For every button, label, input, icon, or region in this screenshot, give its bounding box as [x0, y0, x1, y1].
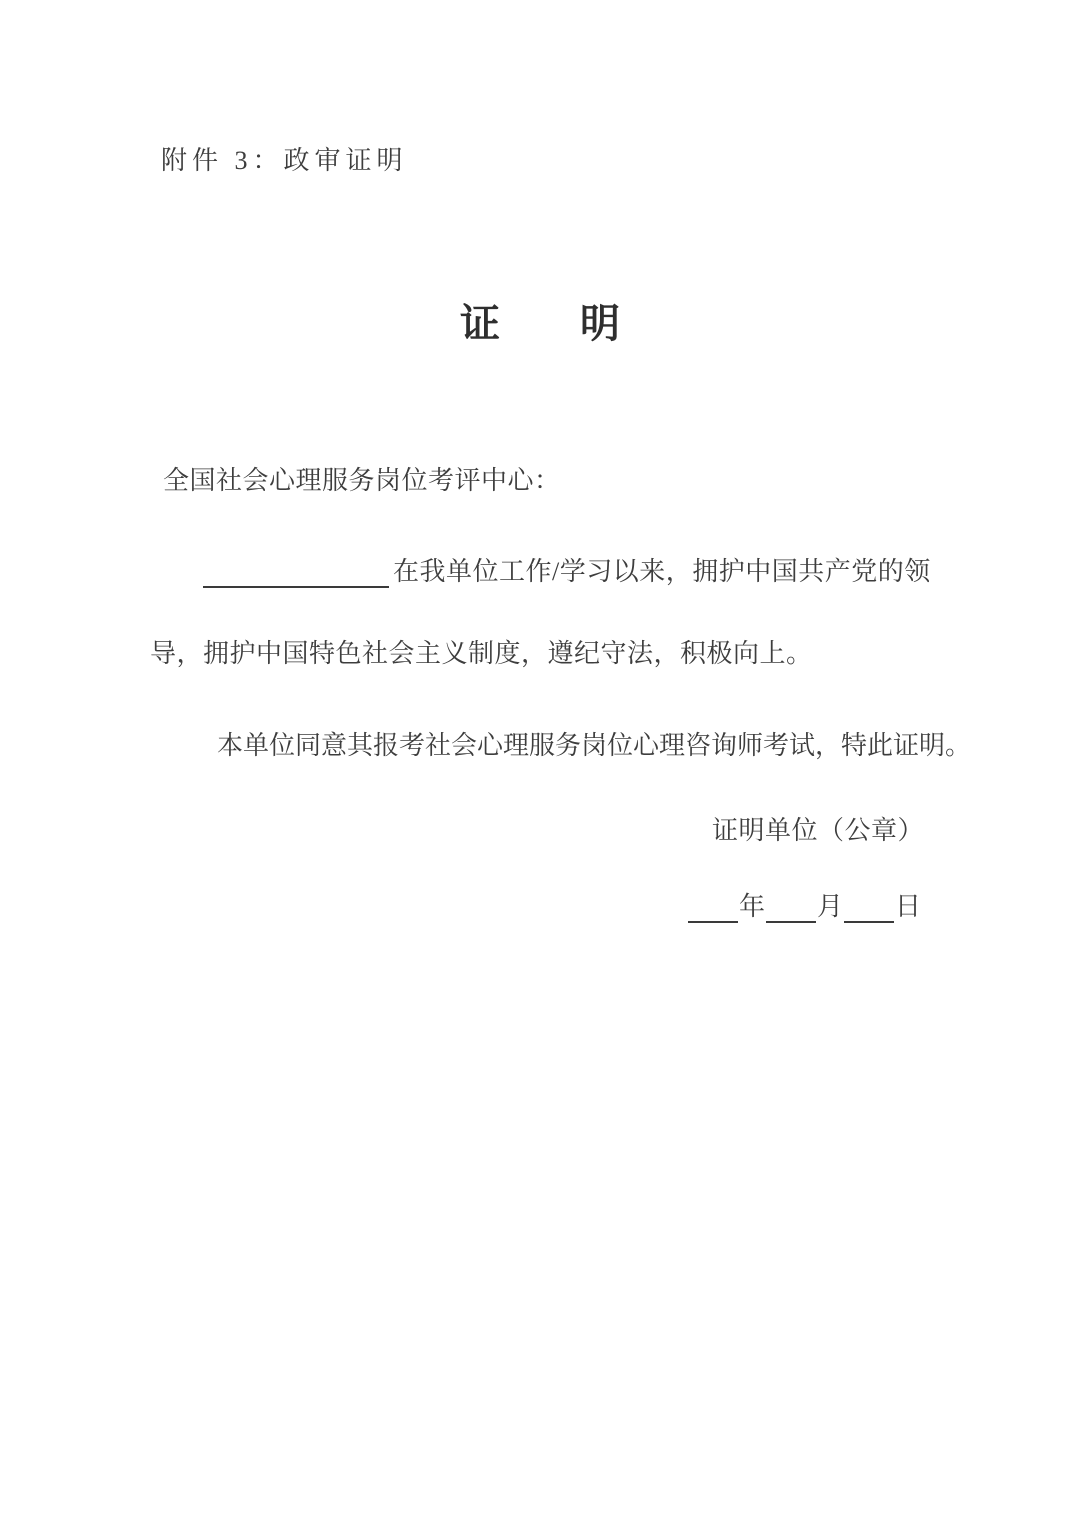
day-label: 日 [895, 892, 921, 921]
body-line-1: 在我单位工作/学习以来，拥护中国共产党的领 [203, 551, 931, 588]
salutation: 全国社会心理服务岗位考评中心： [163, 460, 561, 497]
document-title: 证 明 [0, 292, 1080, 349]
date-line: 年月日 [687, 886, 921, 923]
body-line-1-text: 在我单位工作/学习以来，拥护中国共产党的领 [393, 557, 931, 586]
month-label: 月 [817, 892, 843, 921]
day-blank-field [844, 891, 894, 923]
name-blank-field [203, 556, 389, 588]
body-paragraph-2: 本单位同意其报考社会心理服务岗位心理咨询师考试，特此证明。 [217, 725, 971, 762]
year-label: 年 [739, 892, 765, 921]
signature-unit-label: 证明单位（公章） [712, 810, 924, 847]
document-page: 附件 3：政审证明 证 明 全国社会心理服务岗位考评中心： 在我单位工作/学习以… [0, 0, 1080, 1527]
body-line-2: 导，拥护中国特色社会主义制度，遵纪守法，积极向上。 [150, 633, 813, 670]
year-blank-field [688, 891, 738, 923]
month-blank-field [766, 891, 816, 923]
attachment-label: 附件 3：政审证明 [161, 140, 408, 177]
